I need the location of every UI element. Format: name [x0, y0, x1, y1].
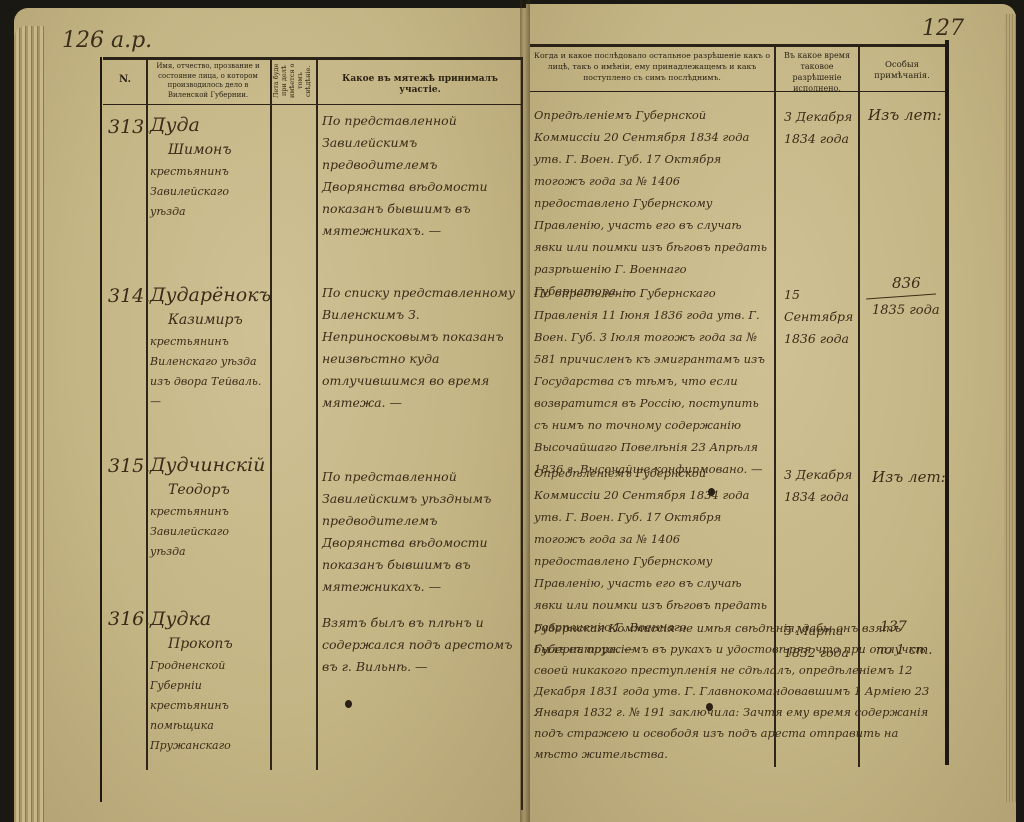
- entry-status: крестьянинъ Виленскаго уѣзда изъ двора Т…: [150, 332, 268, 412]
- entry-first-name: Прокопъ: [150, 632, 268, 656]
- entry-surname: Дудка: [150, 606, 268, 632]
- left-outer-border: [100, 57, 102, 802]
- header-participation: Какое въ мятежѣ принималъ участіе.: [320, 74, 520, 96]
- entry-remarks: Изъ лет:: [872, 466, 946, 488]
- left-page-number: 126 a.p.: [62, 28, 152, 53]
- header-age: Лета буде при делѣ имѣется о томъ свѣдѣн…: [272, 60, 314, 102]
- right-outer-border: [945, 40, 949, 765]
- entry-first-name: Казимиръ: [150, 308, 268, 332]
- entry-participation: По представленной Завилейскимъ предводит…: [322, 110, 520, 242]
- entry-remarks-denominator: 1835 года: [872, 300, 940, 322]
- entry-remarks-numerator: 137: [880, 616, 907, 638]
- entry-status: крестьянинъ Завилейскаго уѣзда: [150, 162, 268, 222]
- entry-remarks: Изъ лет:: [868, 104, 942, 126]
- entry-resolution: По опредѣленію Губернскаго Правленія 11 …: [534, 282, 772, 480]
- entry-status: Гродненской Губерніи крестьянинъ помѣщик…: [150, 656, 268, 756]
- entry-resolution: Опредѣленіемъ Губернской Коммиссіи 20 Се…: [534, 104, 772, 302]
- col-divider-1: [146, 60, 148, 770]
- entry-status: крестьянинъ Завилейскаго уѣзда: [150, 502, 268, 562]
- entry-first-name: Шимонъ: [150, 138, 268, 162]
- col-divider-2: [270, 60, 272, 770]
- right-page-edges: [1004, 14, 1016, 802]
- header-resolution: Когда и какое послѣдовало остальное разр…: [530, 50, 774, 83]
- entry-participation: По списку представленному Виленскимъ З. …: [322, 282, 520, 414]
- ink-blot: [708, 488, 715, 496]
- entry-number: 316.: [108, 608, 150, 630]
- entry-remarks-numerator: 836: [892, 272, 921, 294]
- entry-surname: Дудчинскій: [150, 452, 268, 478]
- entry-remarks-denominator: по 1 ст.: [876, 640, 932, 662]
- col-divider-4: [521, 60, 523, 810]
- col-divider-3: [316, 60, 318, 770]
- entry-surname: Дударёнокъ: [150, 282, 268, 308]
- entry-executed: 5 Марта 1832 года: [784, 620, 856, 664]
- entry-person: Дударёнокъ Казимиръ крестьянинъ Виленска…: [150, 282, 268, 412]
- entry-first-name: Теодоръ: [150, 478, 268, 502]
- left-header-bottom-rule: [103, 104, 523, 105]
- entry-number: 314.: [108, 285, 150, 307]
- header-executed: Въ какое время таковое разрѣшеніе исполн…: [776, 50, 858, 94]
- page-edges: [14, 26, 44, 822]
- entry-number: 313.: [108, 116, 150, 138]
- entry-executed: 3 Декабря 1834 года: [784, 106, 856, 150]
- right-header-bottom-rule: [530, 91, 948, 92]
- header-number: N.: [105, 74, 145, 85]
- right-page-number: 127: [922, 16, 964, 41]
- entry-executed: 3 Декабря 1834 года: [784, 464, 856, 508]
- header-remarks: Особыя примѣчанія.: [860, 60, 944, 82]
- entry-executed: 15 Сентября 1836 года: [784, 284, 856, 350]
- entry-number: 315.: [108, 455, 150, 477]
- entry-person: Дуда Шимонъ крестьянинъ Завилейскаго уѣз…: [150, 112, 268, 222]
- book-spread: 126 a.p. 127 N. Имя, отчество, прозвание…: [0, 0, 1024, 822]
- ink-blot: [706, 703, 713, 711]
- header-person: Имя, отчество, прозвание и состояние лиц…: [148, 62, 268, 100]
- right-header-top-rule: [530, 44, 948, 47]
- entry-person: Дудка Прокопъ Гродненской Губерніи крест…: [150, 606, 268, 756]
- entry-participation: По представленной Завилейскимъ уѣзднымъ …: [322, 466, 520, 598]
- entry-participation: Взятъ былъ въ плѣнъ и содержался подъ ар…: [322, 612, 520, 678]
- entry-surname: Дуда: [150, 112, 268, 138]
- entry-person: Дудчинскій Теодоръ крестьянинъ Завилейск…: [150, 452, 268, 562]
- ink-blot: [345, 700, 352, 708]
- entry-resolution: Губернская Коммиссія не имѣя свѣдѣнія, д…: [534, 618, 934, 765]
